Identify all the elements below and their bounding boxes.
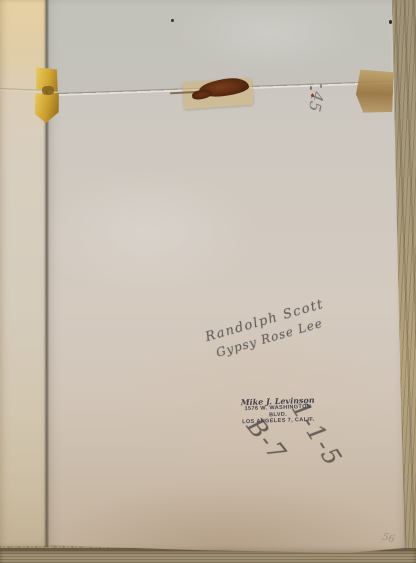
dust-speck: [171, 19, 174, 22]
red-speck: [311, 94, 314, 97]
gold-tape-knot: [42, 86, 54, 95]
pencil-tick: [310, 86, 312, 90]
photo-of-document-back: Randolph Scott Gypsy Rose Lee Mike J. Le…: [0, 0, 416, 563]
pencil-tick: [320, 84, 322, 88]
dust-speck: [389, 20, 392, 24]
